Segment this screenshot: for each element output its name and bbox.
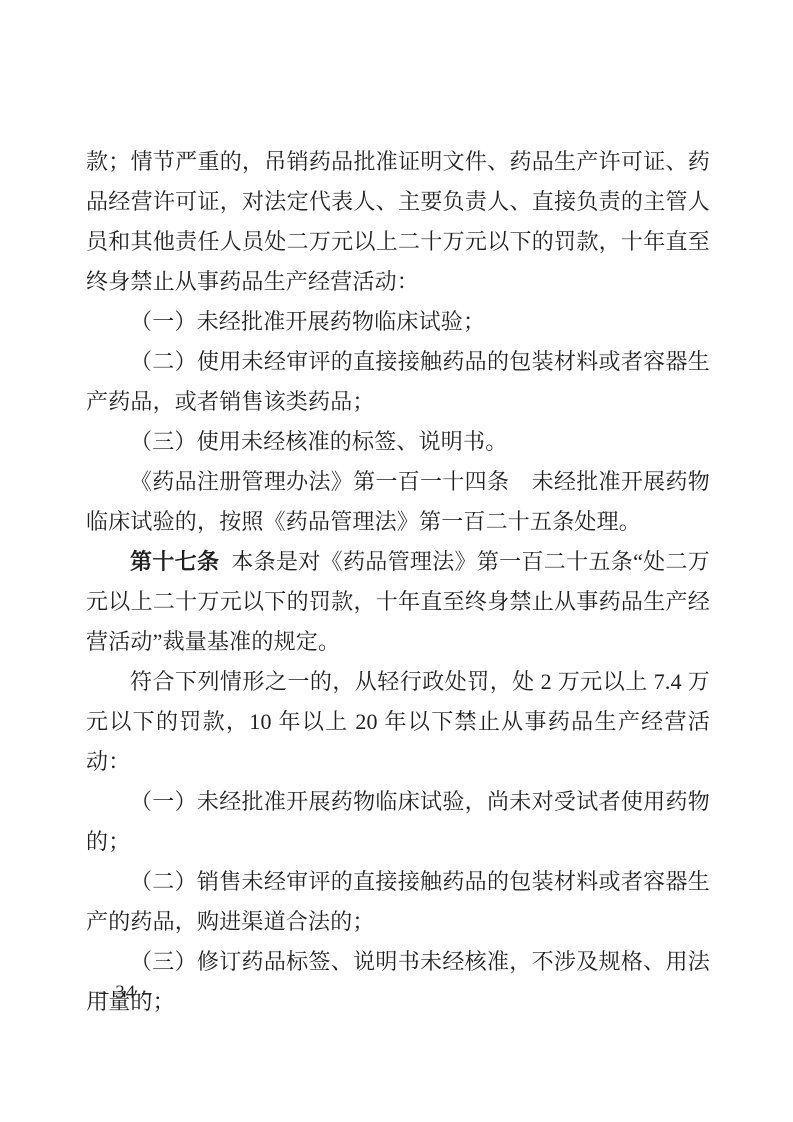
paragraph-continuation: 款；情节严重的，吊销药品批准证明文件、药品生产许可证、药品经营许可证，对法定代表… (86, 142, 710, 302)
article-17-term: 第十七条 (130, 549, 219, 574)
document-body-text: 款；情节严重的，吊销药品批准证明文件、药品生产许可证、药品经营许可证，对法定代表… (86, 142, 710, 1022)
page-number: – 34 – (99, 981, 153, 1005)
mitigation-item-3: （三）修订药品标签、说明书未经核准，不涉及规格、用法用量的； (86, 942, 710, 1022)
list-item-1: （一）未经批准开展药物临床试验； (86, 302, 710, 342)
paragraph-regulation-reference: 《药品注册管理办法》第一百一十四条 未经批准开展药物临床试验的，按照《药品管理法… (86, 462, 710, 542)
mitigation-item-2: （二）销售未经审评的直接接触药品的包装材料或者容器生产的药品，购进渠道合法的； (86, 862, 710, 942)
paragraph-mitigation-rule: 符合下列情形之一的，从轻行政处罚，处 2 万元以上 7.4 万元以下的罚款，10… (86, 662, 710, 782)
paragraph-article-17: 第十七条本条是对《药品管理法》第一百二十五条“处二万元以上二十万元以下的罚款，十… (86, 542, 710, 662)
mitigation-item-1: （一）未经批准开展药物临床试验，尚未对受试者使用药物的； (86, 782, 710, 862)
document-page: 款；情节严重的，吊销药品批准证明文件、药品生产许可证、药品经营许可证，对法定代表… (0, 0, 793, 1122)
list-item-3: （三）使用未经核准的标签、说明书。 (86, 422, 710, 462)
list-item-2: （二）使用未经审评的直接接触药品的包装材料或者容器生产药品，或者销售该类药品； (86, 342, 710, 422)
